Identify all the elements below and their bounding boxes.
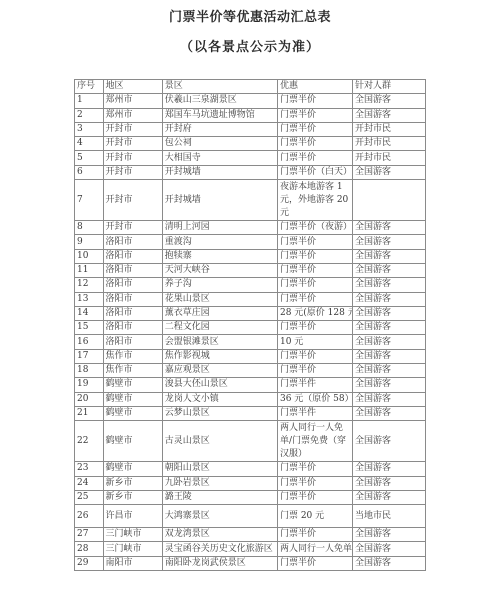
cell-region: 鹤壁市	[103, 406, 162, 420]
cell-region: 三门峡市	[103, 528, 162, 542]
table-row: 19鹤壁市浚县大伾山景区门票半件全国游客	[75, 378, 426, 392]
header-offer: 优惠	[277, 80, 352, 94]
table-row: 13洛阳市花果山景区门票半价全国游客	[75, 292, 426, 306]
cell-region: 开封市	[103, 180, 162, 221]
cell-region: 洛阳市	[103, 321, 162, 335]
cell-region: 鹤壁市	[103, 462, 162, 476]
document-title: 门票半价等优惠活动汇总表	[0, 6, 500, 25]
cell-spot: 大鸿寨景区	[162, 505, 277, 528]
table-row: 18焦作市嘉应观景区门票半价全国游客	[75, 364, 426, 378]
cell-spot: 包公祠	[162, 137, 277, 151]
cell-no: 15	[75, 321, 104, 335]
cell-target: 开封市民	[353, 151, 426, 165]
table-row: 7开封市开封城墙夜游本地游客 1 元，外地游客 20 元	[75, 180, 426, 221]
cell-region: 鹤壁市	[103, 421, 162, 462]
cell-target: 全国游客	[353, 392, 426, 406]
cell-target: 全国游客	[353, 235, 426, 249]
cell-target: 全国游客	[353, 349, 426, 363]
cell-no: 1	[75, 94, 104, 108]
cell-region: 洛阳市	[103, 263, 162, 277]
table-row: 27三门峡市双龙湾景区门票半价全国游客	[75, 528, 426, 542]
cell-region: 洛阳市	[103, 235, 162, 249]
document-subtitle: （以各景点公示为准）	[0, 36, 500, 55]
cell-region: 郑州市	[103, 108, 162, 122]
cell-target: 全国游客	[353, 364, 426, 378]
cell-region: 洛阳市	[103, 278, 162, 292]
cell-region: 洛阳市	[103, 306, 162, 320]
table-row: 23鹤壁市朝阳山景区门票半价全国游客	[75, 462, 426, 476]
cell-no: 14	[75, 306, 104, 320]
cell-target: 当地市民	[353, 505, 426, 528]
cell-no: 25	[75, 490, 104, 504]
cell-region: 洛阳市	[103, 292, 162, 306]
cell-spot: 花果山景区	[162, 292, 277, 306]
cell-no: 2	[75, 108, 104, 122]
cell-target: 开封市民	[353, 122, 426, 136]
table-row: 5开封市大相国寺门票半价开封市民	[75, 151, 426, 165]
cell-spot: 灵宝函谷关历史文化旅游区	[162, 542, 277, 556]
header-target: 针对人群	[353, 80, 426, 94]
cell-offer: 门票半价	[277, 476, 352, 490]
cell-spot: 朝阳山景区	[162, 462, 277, 476]
table-row: 6开封市开封城墙门票半价（白天）全国游客	[75, 165, 426, 179]
table-row: 1郑州市伏羲山三泉湖景区门票半价全国游客	[75, 94, 426, 108]
header-region: 地区	[103, 80, 162, 94]
cell-offer: 门票半件	[277, 406, 352, 420]
cell-spot: 重渡沟	[162, 235, 277, 249]
cell-offer: 门票半价（白天）	[277, 165, 352, 179]
cell-spot: 九卧岩景区	[162, 476, 277, 490]
cell-target: 全国游客	[353, 306, 426, 320]
cell-target: 全国游客	[353, 249, 426, 263]
cell-spot: 潞王陵	[162, 490, 277, 504]
cell-spot: 古灵山景区	[162, 421, 277, 462]
cell-target: 全国游客	[353, 528, 426, 542]
cell-no: 28	[75, 542, 104, 556]
cell-spot: 天河大峡谷	[162, 263, 277, 277]
cell-target: 全国游客	[353, 108, 426, 122]
cell-offer: 36 元（原价 58）	[277, 392, 352, 406]
cell-offer: 门票半价	[277, 137, 352, 151]
table-row: 24新乡市九卧岩景区门票半价全国游客	[75, 476, 426, 490]
cell-offer: 门票半件	[277, 378, 352, 392]
cell-region: 开封市	[103, 137, 162, 151]
table-row: 29南阳市南阳卧龙岗武侯景区门票半价全国游客	[75, 556, 426, 570]
cell-no: 16	[75, 335, 104, 349]
cell-offer: 两人同行一人免单	[277, 542, 352, 556]
cell-spot: 云梦山景区	[162, 406, 277, 420]
cell-target: 全国游客	[353, 421, 426, 462]
table-row: 28三门峡市灵宝函谷关历史文化旅游区两人同行一人免单全国游客	[75, 542, 426, 556]
cell-offer: 门票半价	[277, 151, 352, 165]
cell-offer: 门票半价	[277, 462, 352, 476]
cell-offer: 门票半价	[277, 94, 352, 108]
table-header-row: 序号 地区 景区 优惠 针对人群	[75, 80, 426, 94]
cell-region: 洛阳市	[103, 249, 162, 263]
cell-target: 开封市民	[353, 137, 426, 151]
cell-no: 12	[75, 278, 104, 292]
cell-region: 新乡市	[103, 490, 162, 504]
cell-region: 新乡市	[103, 476, 162, 490]
table-row: 9洛阳市重渡沟门票半价全国游客	[75, 235, 426, 249]
discount-summary-table: 序号 地区 景区 优惠 针对人群 1郑州市伏羲山三泉湖景区门票半价全国游客2郑州…	[74, 79, 426, 571]
cell-spot: 养子沟	[162, 278, 277, 292]
header-spot: 景区	[162, 80, 277, 94]
cell-no: 8	[75, 221, 104, 235]
cell-offer: 28 元(原价 128 元)	[277, 306, 352, 320]
header-no: 序号	[75, 80, 104, 94]
cell-spot: 嘉应观景区	[162, 364, 277, 378]
cell-no: 7	[75, 180, 104, 221]
cell-target: 全国游客	[353, 221, 426, 235]
cell-target: 全国游客	[353, 490, 426, 504]
cell-offer: 门票半价（夜游）	[277, 221, 352, 235]
cell-no: 27	[75, 528, 104, 542]
cell-region: 郑州市	[103, 94, 162, 108]
cell-no: 3	[75, 122, 104, 136]
cell-target: 全国游客	[353, 335, 426, 349]
table-row: 25新乡市潞王陵门票半价全国游客	[75, 490, 426, 504]
cell-target: 全国游客	[353, 378, 426, 392]
cell-offer: 门票半价	[277, 263, 352, 277]
cell-target: 全国游客	[353, 462, 426, 476]
cell-region: 开封市	[103, 165, 162, 179]
cell-offer: 门票半价	[277, 556, 352, 570]
cell-offer: 门票半价	[277, 278, 352, 292]
cell-no: 17	[75, 349, 104, 363]
cell-spot: 焦作影视城	[162, 349, 277, 363]
table-row: 20鹤壁市龙岗人文小镇36 元（原价 58）全国游客	[75, 392, 426, 406]
cell-spot: 抱犊寨	[162, 249, 277, 263]
cell-no: 19	[75, 378, 104, 392]
cell-offer: 10 元	[277, 335, 352, 349]
cell-no: 23	[75, 462, 104, 476]
cell-region: 许昌市	[103, 505, 162, 528]
cell-region: 焦作市	[103, 349, 162, 363]
cell-region: 鹤壁市	[103, 392, 162, 406]
cell-target: 全国游客	[353, 406, 426, 420]
cell-target: 全国游客	[353, 542, 426, 556]
cell-no: 10	[75, 249, 104, 263]
cell-spot: 开封城墙	[162, 180, 277, 221]
cell-offer: 夜游本地游客 1 元，外地游客 20 元	[277, 180, 352, 221]
cell-no: 26	[75, 505, 104, 528]
cell-offer: 门票半价	[277, 292, 352, 306]
cell-spot: 龙岗人文小镇	[162, 392, 277, 406]
cell-target: 全国游客	[353, 556, 426, 570]
cell-spot: 双龙湾景区	[162, 528, 277, 542]
table-row: 2郑州市郑国车马坑遗址博物馆门票半价全国游客	[75, 108, 426, 122]
cell-spot: 开封府	[162, 122, 277, 136]
table-row: 11洛阳市天河大峡谷门票半价全国游客	[75, 263, 426, 277]
cell-target: 全国游客	[353, 263, 426, 277]
cell-no: 9	[75, 235, 104, 249]
cell-spot: 大相国寺	[162, 151, 277, 165]
cell-offer: 门票半价	[277, 235, 352, 249]
table-row: 10洛阳市抱犊寨门票半价全国游客	[75, 249, 426, 263]
cell-region: 洛阳市	[103, 335, 162, 349]
table-row: 21鹤壁市云梦山景区门票半件全国游客	[75, 406, 426, 420]
cell-region: 开封市	[103, 151, 162, 165]
table-row: 8开封市清明上河园门票半价（夜游）全国游客	[75, 221, 426, 235]
cell-region: 开封市	[103, 122, 162, 136]
table-row: 26许昌市大鸿寨景区门票 20 元当地市民	[75, 505, 426, 528]
cell-region: 鹤壁市	[103, 378, 162, 392]
cell-offer: 门票半价	[277, 364, 352, 378]
cell-spot: 清明上河园	[162, 221, 277, 235]
cell-no: 24	[75, 476, 104, 490]
cell-target: 全国游客	[353, 94, 426, 108]
table-row: 14洛阳市薰衣草庄园28 元(原价 128 元)全国游客	[75, 306, 426, 320]
table-row: 4开封市包公祠门票半价开封市民	[75, 137, 426, 151]
table-row: 15洛阳市二程文化园门票半价全国游客	[75, 321, 426, 335]
table-row: 12洛阳市养子沟门票半价全国游客	[75, 278, 426, 292]
cell-no: 6	[75, 165, 104, 179]
cell-region: 三门峡市	[103, 542, 162, 556]
cell-no: 22	[75, 421, 104, 462]
cell-region: 南阳市	[103, 556, 162, 570]
cell-spot: 二程文化园	[162, 321, 277, 335]
cell-spot: 薰衣草庄园	[162, 306, 277, 320]
cell-spot: 会盟银滩景区	[162, 335, 277, 349]
cell-offer: 门票半价	[277, 249, 352, 263]
cell-no: 18	[75, 364, 104, 378]
cell-target: 全国游客	[353, 476, 426, 490]
cell-spot: 开封城墙	[162, 165, 277, 179]
table-row: 17焦作市焦作影视城门票半价全国游客	[75, 349, 426, 363]
cell-offer: 门票半价	[277, 321, 352, 335]
cell-no: 11	[75, 263, 104, 277]
cell-region: 焦作市	[103, 364, 162, 378]
cell-spot: 浚县大伾山景区	[162, 378, 277, 392]
cell-offer: 门票半价	[277, 490, 352, 504]
cell-spot: 南阳卧龙岗武侯景区	[162, 556, 277, 570]
cell-target: 全国游客	[353, 321, 426, 335]
cell-offer: 门票半价	[277, 122, 352, 136]
cell-no: 5	[75, 151, 104, 165]
cell-region: 开封市	[103, 221, 162, 235]
cell-offer: 两人同行一人免单/门票免费（穿汉服）	[277, 421, 352, 462]
cell-no: 21	[75, 406, 104, 420]
table-row: 22鹤壁市古灵山景区两人同行一人免单/门票免费（穿汉服）全国游客	[75, 421, 426, 462]
table-row: 3开封市开封府门票半价开封市民	[75, 122, 426, 136]
cell-spot: 郑国车马坑遗址博物馆	[162, 108, 277, 122]
cell-no: 4	[75, 137, 104, 151]
cell-offer: 门票半价	[277, 108, 352, 122]
cell-target: 全国游客	[353, 278, 426, 292]
cell-target: 全国游客	[353, 292, 426, 306]
cell-spot: 伏羲山三泉湖景区	[162, 94, 277, 108]
cell-offer: 门票半价	[277, 349, 352, 363]
cell-offer: 门票半价	[277, 528, 352, 542]
cell-target: 全国游客	[353, 165, 426, 179]
cell-offer: 门票 20 元	[277, 505, 352, 528]
cell-no: 13	[75, 292, 104, 306]
cell-target	[353, 180, 426, 221]
cell-no: 20	[75, 392, 104, 406]
table-row: 16洛阳市会盟银滩景区10 元全国游客	[75, 335, 426, 349]
cell-no: 29	[75, 556, 104, 570]
